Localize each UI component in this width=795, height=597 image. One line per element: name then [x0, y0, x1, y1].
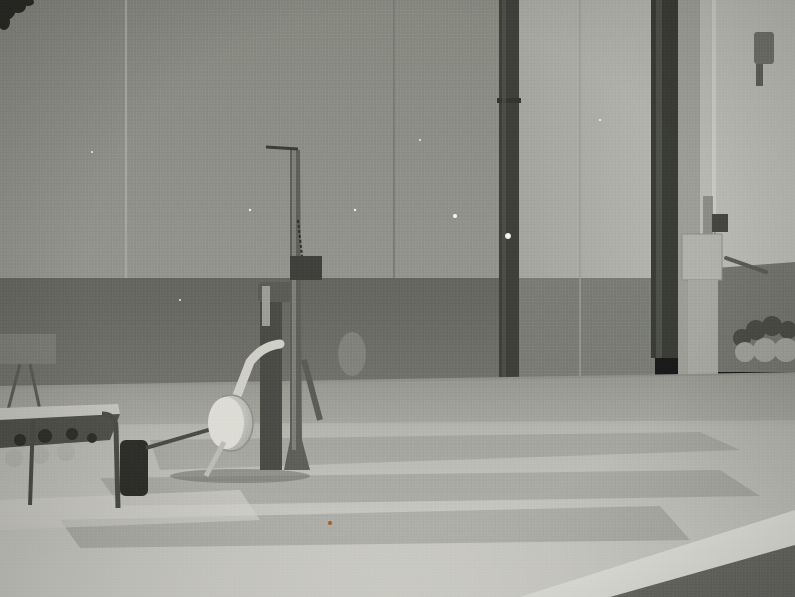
counterweight: [120, 440, 148, 496]
wall-fixture: [754, 32, 774, 64]
doorway: [651, 0, 681, 358]
shadow-bands: [60, 432, 760, 548]
building-corner-lower: [515, 278, 655, 388]
building-corner: [515, 0, 655, 280]
column-box: [682, 234, 722, 280]
photograph: [0, 0, 795, 597]
